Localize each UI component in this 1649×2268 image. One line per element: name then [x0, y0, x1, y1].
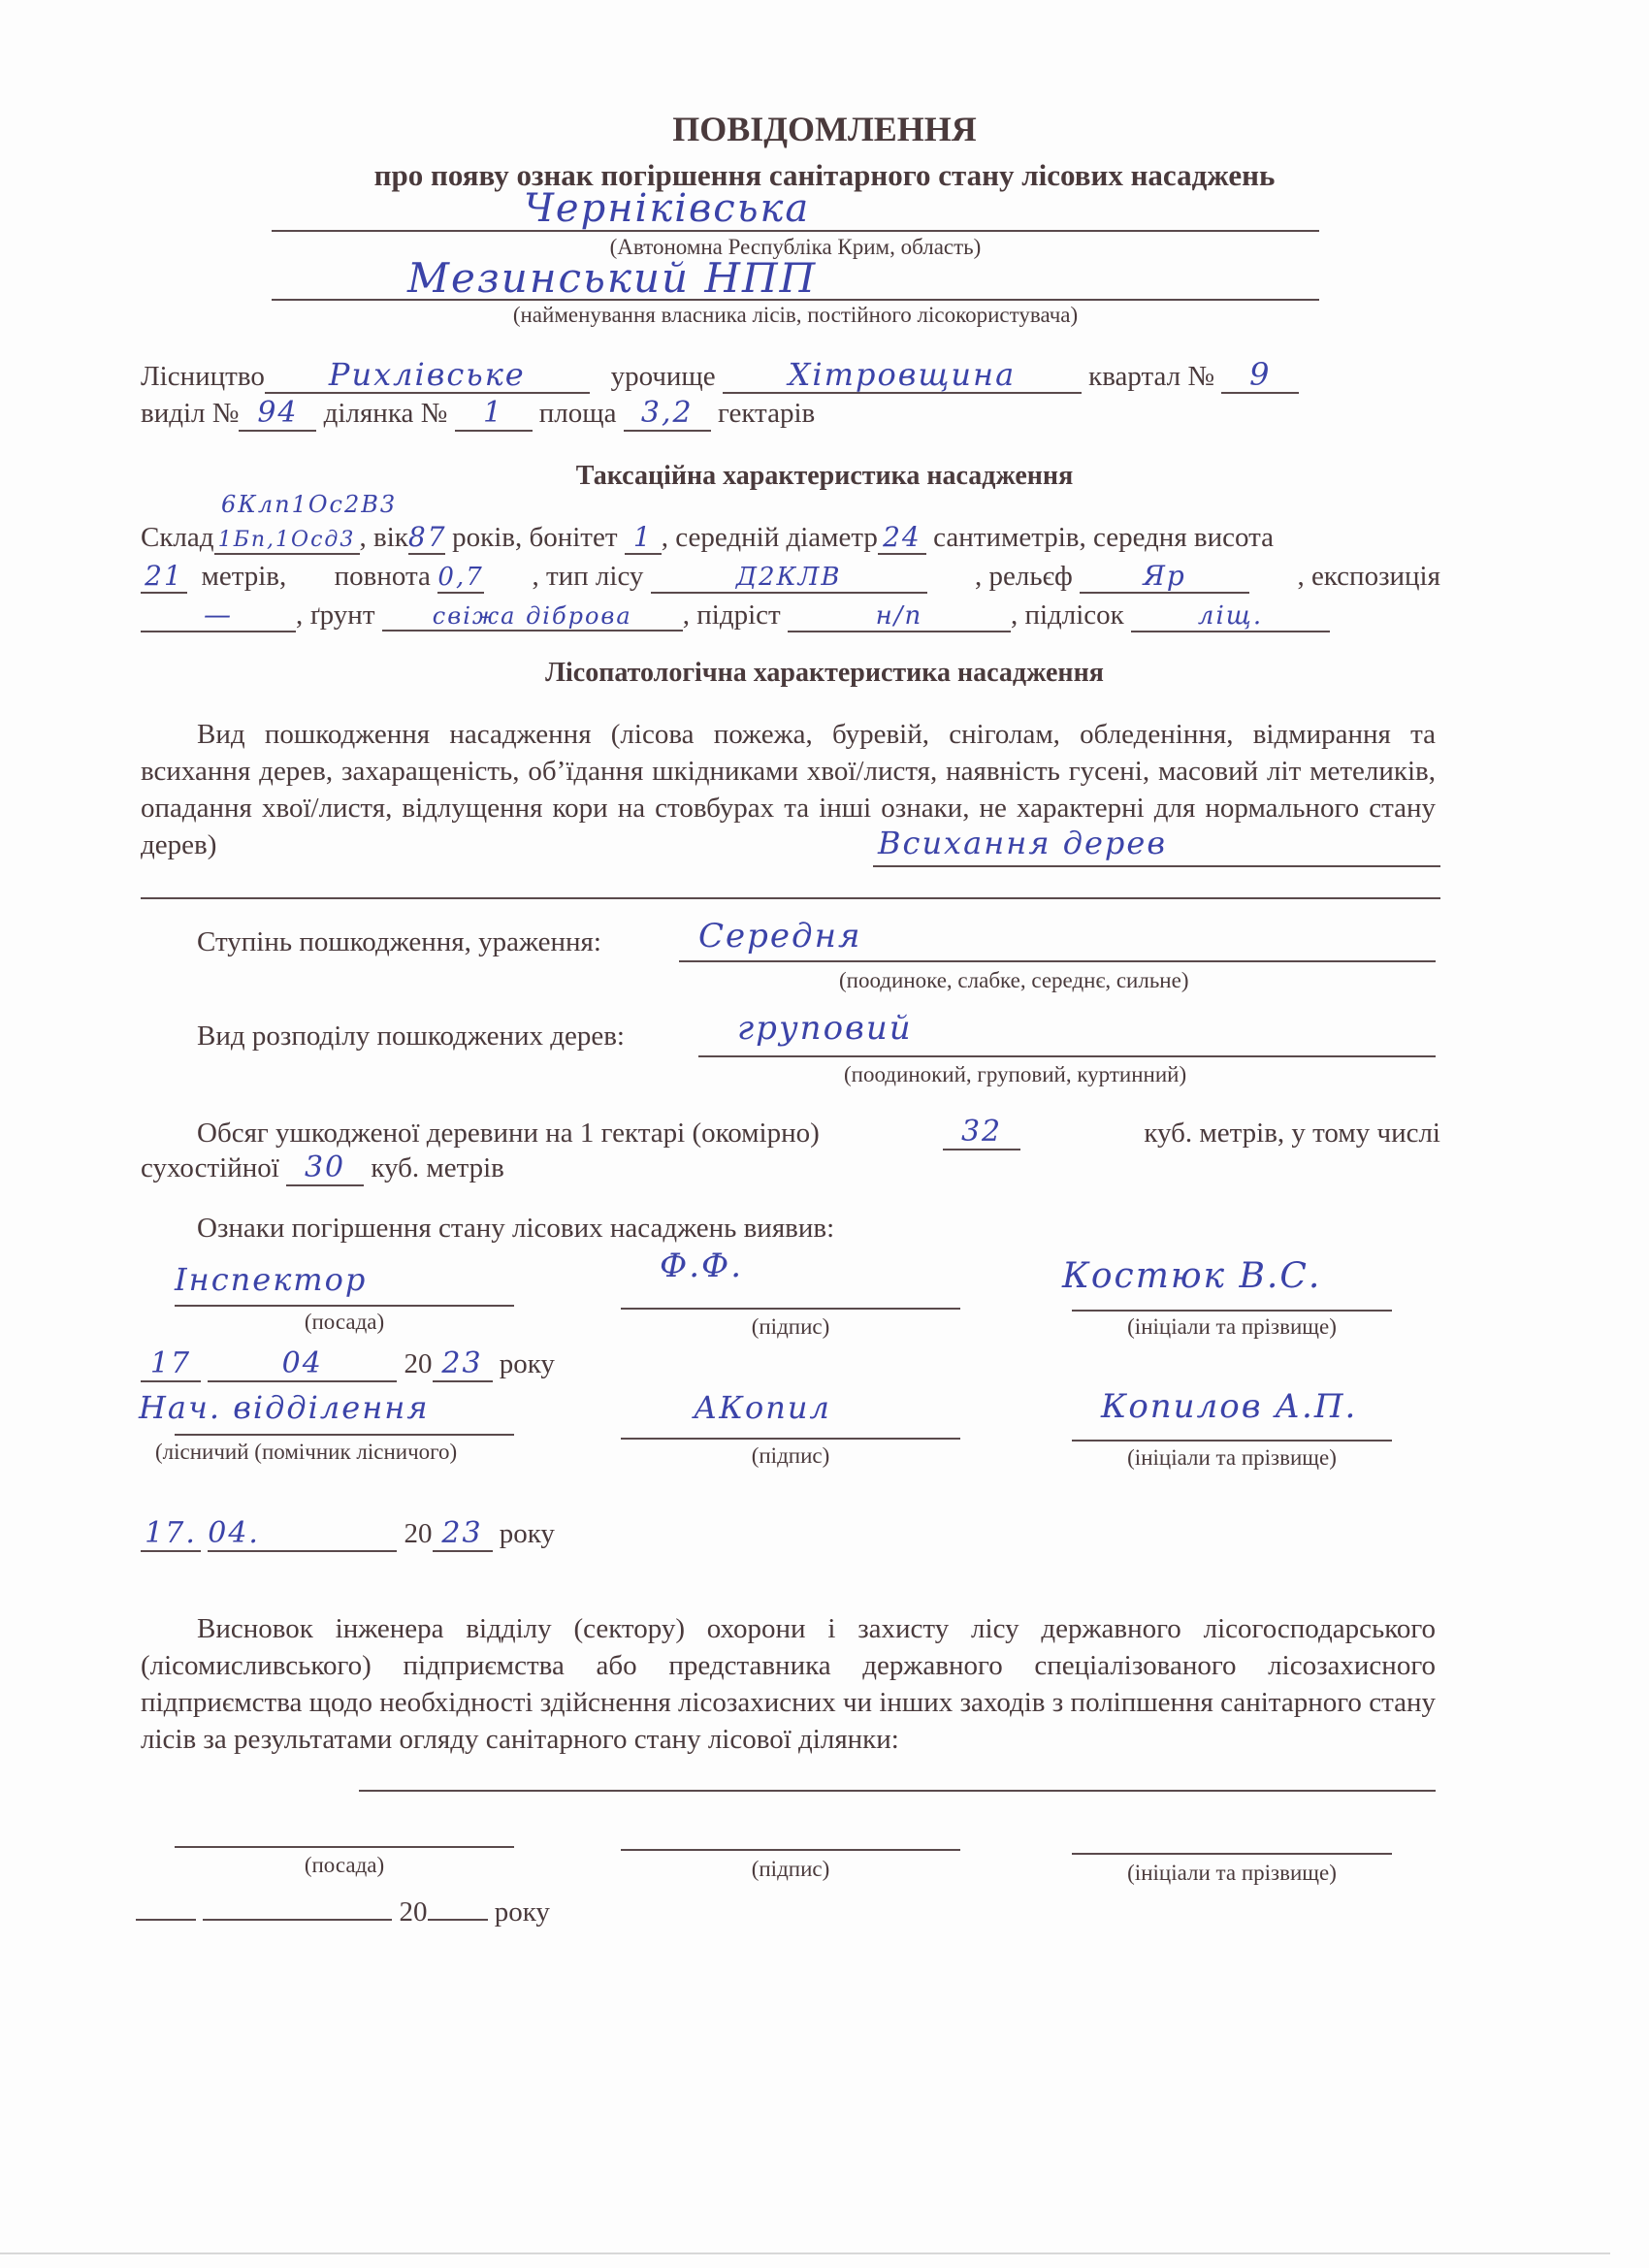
detected-1-name-line — [1072, 1310, 1392, 1312]
detected-1-day-field[interactable]: 17 — [141, 1349, 201, 1382]
diameter-unit: сантиметрів, середня висота — [933, 522, 1274, 553]
detected-1-name-value[interactable]: Костюк В.С. — [1062, 1256, 1321, 1296]
document-subtitle: про появу ознак погіршення санітарного с… — [0, 158, 1649, 193]
owner-value[interactable]: Мезинський НПП — [407, 254, 817, 302]
detected-2-date: 17. 04. 2023 року — [141, 1518, 555, 1552]
detected-2-year-prefix: 20 — [404, 1518, 433, 1549]
diameter-label: , середній діаметр — [662, 522, 878, 553]
detected-2-signature[interactable]: АКопил — [694, 1389, 831, 1426]
dry-label: сухостійної — [141, 1152, 279, 1183]
degree-hint: (поодиноке, слабке, середнє, сильне) — [839, 968, 1189, 993]
forest-type-field[interactable]: Д2КЛВ — [651, 565, 927, 594]
detected-1-year-prefix: 20 — [404, 1348, 433, 1379]
conclusion-field-line — [359, 1790, 1436, 1792]
document-title: ПОВІДОМЛЕННЯ — [0, 109, 1649, 149]
detected-1-signature-line — [621, 1308, 960, 1310]
dry-field[interactable]: 30 — [286, 1153, 364, 1186]
plot-field[interactable]: 1 — [455, 399, 533, 432]
taxation-heading: Таксаційна характеристика насадження — [0, 461, 1649, 492]
area-field[interactable]: 3,2 — [624, 399, 711, 432]
exposition-label: , експозиція — [1297, 561, 1440, 594]
tract-field[interactable]: Хітровщина — [723, 359, 1082, 394]
detected-1-position-line — [175, 1305, 514, 1307]
detected-2-year-suffix: року — [500, 1518, 555, 1549]
conclusion-year-field[interactable] — [428, 1892, 488, 1921]
undergrowth-label: , підріст — [683, 599, 781, 631]
conclusion-month-field[interactable] — [203, 1892, 392, 1921]
detected-2-position-line — [175, 1434, 514, 1436]
distribution-value[interactable]: груповий — [737, 1009, 913, 1048]
conclusion-date: 20 року — [136, 1892, 550, 1928]
damage-type-value[interactable]: Всихання дерев — [878, 825, 1167, 861]
distribution-hint: (поодинокий, груповий, куртинний) — [844, 1062, 1186, 1087]
conclusion-position-hint: (посада) — [175, 1853, 514, 1878]
detected-1-date: 17 04 2023 року — [141, 1348, 555, 1382]
taxation-row-3: —, ґрунт свіжа діброва, підріст н/п, під… — [141, 599, 1330, 632]
plot-label: ділянка № — [324, 398, 448, 429]
conclusion-text: Висновок інженера відділу (сектору) охор… — [141, 1613, 1436, 1755]
soil-label: , ґрунт — [296, 599, 375, 631]
quarter-field[interactable]: 9 — [1221, 359, 1299, 394]
scan-edge-line — [0, 2252, 1610, 2254]
detected-1-position-value[interactable]: Інспектор — [175, 1261, 367, 1298]
detected-2-month-field[interactable]: 04. — [208, 1519, 397, 1552]
detected-1-name-hint: (ініціали та прізвище) — [1072, 1314, 1392, 1340]
detected-2-name-value[interactable]: Копилов А.П. — [1101, 1387, 1357, 1426]
location-row-1: ЛісництвоРихлівське урочище Хітровщина к… — [141, 359, 1299, 394]
taxation-row-1: Склад1Бп,1Осд3, вік87 років, бонітет 1, … — [141, 522, 1274, 555]
undergrowth-field[interactable]: н/п — [788, 603, 1011, 632]
conclusion-name-hint: (ініціали та прізвище) — [1072, 1861, 1392, 1886]
detected-1-signature-hint: (підпис) — [621, 1314, 960, 1340]
forest-type-label: , тип лісу — [532, 561, 643, 592]
detected-1-month-field[interactable]: 04 — [208, 1349, 397, 1382]
distribution-label: Вид розподілу пошкоджених дерев: — [197, 1021, 625, 1053]
conclusion-position-line[interactable] — [175, 1846, 514, 1848]
area-unit: гектарів — [718, 398, 815, 429]
diameter-field[interactable]: 24 — [878, 524, 926, 555]
dry-row: сухостійної 30 куб. метрів — [141, 1152, 504, 1186]
quarter-label: квартал № — [1088, 361, 1214, 392]
conclusion-name-line[interactable] — [1072, 1853, 1392, 1855]
damage-type-text: Вид пошкодження насадження (лісова пожеж… — [141, 719, 1436, 860]
damage-type-line-2 — [141, 897, 1440, 899]
owner-field-line — [272, 299, 1319, 301]
age-label: вік — [373, 522, 408, 553]
detected-label: Ознаки погіршення стану лісових насаджен… — [197, 1213, 834, 1245]
detected-2-signature-hint: (підпис) — [621, 1443, 960, 1469]
detected-2-day-field[interactable]: 17. — [141, 1519, 201, 1552]
forestry-field[interactable]: Рихлівське — [265, 359, 590, 394]
age-unit: років, — [452, 522, 522, 553]
detected-1-year-suffix: року — [500, 1348, 555, 1379]
degree-field-line — [679, 960, 1436, 962]
pathology-heading: Лісопатологічна характеристика насадженн… — [0, 658, 1649, 689]
taxation-row-2: 21 метрів, повнота 0,7 , тип лісу Д2КЛВ … — [141, 561, 1440, 594]
tract-label: урочище — [611, 361, 716, 392]
detected-2-position-hint: (лісничий (помічник лісничого) — [155, 1440, 457, 1465]
region-value[interactable]: Черніківська — [524, 186, 810, 231]
soil-field[interactable]: свіжа діброва — [382, 604, 683, 632]
density-field[interactable]: 0,7 — [437, 565, 484, 594]
conclusion-signature-hint: (підпис) — [621, 1857, 960, 1882]
conclusion-day-field[interactable] — [136, 1892, 196, 1921]
damage-type-line-1 — [873, 865, 1440, 867]
conclusion-year-prefix: 20 — [400, 1896, 428, 1928]
damage-type-paragraph: Вид пошкодження насадження (лісова пожеж… — [141, 716, 1436, 861]
detected-2-signature-line — [621, 1438, 960, 1440]
detected-2-name-line — [1072, 1440, 1392, 1442]
detected-2-year-field[interactable]: 23 — [433, 1519, 493, 1552]
area-label: площа — [539, 398, 617, 429]
conclusion-year-suffix: року — [495, 1896, 550, 1928]
section-label: виділ № — [141, 398, 239, 429]
volume-field[interactable]: 32 — [943, 1118, 1020, 1150]
age-field[interactable]: 87 — [408, 524, 445, 555]
section-field[interactable]: 94 — [239, 399, 316, 432]
height-field[interactable]: 21 — [141, 563, 187, 594]
volume-text-2: куб. метрів, у тому числі — [1144, 1118, 1440, 1150]
detected-2-name-hint: (ініціали та прізвище) — [1072, 1445, 1392, 1471]
conclusion-signature-line[interactable] — [621, 1849, 960, 1851]
detected-2-position-value[interactable]: Нач. відділення — [139, 1389, 430, 1426]
region-field-line — [272, 230, 1319, 232]
composition-superscript[interactable]: 6Клп1Ос2В3 — [221, 491, 397, 518]
degree-value[interactable]: Середня — [698, 917, 861, 956]
conclusion-field[interactable] — [359, 1756, 1436, 1789]
volume-row: Обсяг ушкодженої деревини на 1 гектарі (… — [197, 1118, 1440, 1150]
relief-label: , рельєф — [975, 561, 1073, 592]
owner-hint: (найменування власника лісів, постійного… — [0, 303, 1591, 328]
density-label: повнота — [335, 561, 431, 592]
forestry-label: Лісництво — [141, 361, 265, 392]
detected-1-year-field[interactable]: 23 — [433, 1349, 493, 1382]
composition-field[interactable]: 1Бп,1Осд3 — [214, 530, 360, 555]
bonitet-field[interactable]: 1 — [625, 524, 662, 555]
relief-field[interactable]: Яр — [1080, 563, 1249, 594]
detected-1-signature[interactable]: Ф.Ф. — [660, 1247, 743, 1285]
volume-text-1: Обсяг ушкодженої деревини на 1 гектарі (… — [197, 1118, 820, 1150]
degree-label: Ступінь пошкодження, ураження: — [197, 926, 601, 958]
location-row-2: виділ №94 ділянка № 1 площа 3,2 гектарів — [141, 398, 815, 432]
detected-1-position-hint: (посада) — [175, 1310, 514, 1335]
distribution-field-line — [698, 1055, 1436, 1057]
dry-unit: куб. метрів — [371, 1152, 504, 1183]
underbrush-label: , підлісок — [1011, 599, 1124, 631]
height-unit: метрів, — [202, 561, 287, 592]
composition-label: Склад — [141, 522, 214, 553]
underbrush-field[interactable]: ліщ. — [1131, 603, 1330, 632]
exposition-field[interactable]: — — [141, 601, 296, 632]
bonitet-label: бонітет — [529, 522, 617, 553]
